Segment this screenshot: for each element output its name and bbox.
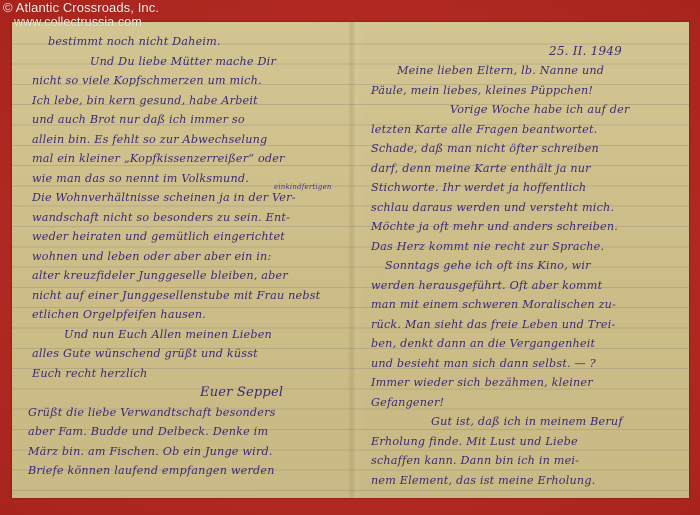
letter-line: wandschaft nicht so besonders zu sein. E… <box>32 211 290 225</box>
letter-line: wohnen und leben oder aber aber ein in: <box>32 250 271 264</box>
letter-line: wie man das so nennt im Volksmund. <box>32 172 249 186</box>
letter-left-page: bestimmt noch nicht Daheim. Und Du liebe… <box>12 22 352 498</box>
letter-line: Die Wohnverhältnisse scheinen ja in der … <box>32 191 296 205</box>
letter-line: Schade, daß man nicht öfter schreiben <box>371 142 599 156</box>
letter-signature: Euer Seppel <box>200 386 283 400</box>
letter-line: Und nun Euch Allen meinen Lieben <box>64 328 272 342</box>
letter-line: und besieht man sich dann selbst. — ? <box>371 357 596 371</box>
letter-line: Euch recht herzlich <box>32 367 147 381</box>
letter-line: mal ein kleiner „Kopfkissenzerreißer“ od… <box>32 152 285 166</box>
letter-line: darf, denn meine Karte enthält ja nur <box>371 162 591 176</box>
letter-line: Grüßt die liebe Verwandtschaft besonders <box>28 406 276 420</box>
letter-line: Das Herz kommt nie recht zur Sprache. <box>371 240 604 254</box>
watermark-url: www.collectrussia.com <box>3 15 159 29</box>
letter-line: Immer wieder sich bezähmen, kleiner <box>371 376 593 390</box>
watermark: © Atlantic Crossroads, Inc. www.collectr… <box>3 1 159 29</box>
letter-line: schaffen kann. Dann bin ich in mei- <box>371 454 579 468</box>
letter-line: schlau daraus werden und versteht mich. <box>371 201 614 215</box>
letter-line: aber Fam. Budde und Delbeck. Denke im <box>28 425 268 439</box>
letter-line: nem Element, das ist meine Erholung. <box>371 474 595 488</box>
letter-line: Stichworte. Ihr werdet ja hoffentlich <box>371 181 586 195</box>
letter-line: März bin. am Fischen. Ob ein Junge wird. <box>28 445 273 459</box>
letter-line: etlichen Orgelpfeifen hausen. <box>32 308 206 322</box>
letter-right-page: 25. II. 1949 Meine lieben Eltern, lb. Na… <box>355 22 689 498</box>
letter-line: Erholung finde. Mit Lust und Liebe <box>371 435 578 449</box>
letter-line: und auch Brot nur daß ich immer so <box>32 113 245 127</box>
letter-line: letzten Karte alle Fragen beantwortet. <box>371 123 597 137</box>
letter-line: rück. Man sieht das freie Leben und Trei… <box>371 318 616 332</box>
letter-paper: bestimmt noch nicht Daheim. Und Du liebe… <box>12 22 689 498</box>
letter-line: Vorige Woche habe ich auf der <box>450 103 630 117</box>
copyright-text: © Atlantic Crossroads, Inc. <box>3 0 159 15</box>
letter-salutation: Meine lieben Eltern, lb. Nanne und <box>397 64 604 78</box>
letter-salutation: Päule, mein liebes, kleines Püppchen! <box>371 84 593 98</box>
letter-line: allein bin. Es fehlt so zur Abwechselung <box>32 133 267 147</box>
letter-line: alter kreuzfideler Junggeselle bleiben, … <box>32 269 288 283</box>
letter-line: alles Gute wünschend grüßt und küsst <box>32 347 258 361</box>
letter-line: bestimmt noch nicht Daheim. <box>48 35 221 49</box>
letter-line: Sonntags gehe ich oft ins Kino, wir <box>385 259 591 273</box>
letter-line: Gefangener! <box>371 396 444 410</box>
letter-line: weder heiraten und gemütlich eingerichte… <box>32 230 285 244</box>
letter-line: man mit einem schweren Moralischen zu- <box>371 298 616 312</box>
letter-line: werden herausgeführt. Oft aber kommt <box>371 279 602 293</box>
letter-line: Briefe können laufend empfangen werden <box>28 464 275 478</box>
letter-line: ben, denkt dann an die Vergangenheit <box>371 337 595 351</box>
letter-line: nicht so viele Kopfschmerzen um mich. <box>32 74 262 88</box>
letter-line: Möchte ja oft mehr und anders schreiben. <box>371 220 618 234</box>
letter-line: Und Du liebe Mütter mache Dir <box>90 55 276 69</box>
letter-line: nicht auf einer Junggesellenstube mit Fr… <box>32 289 320 303</box>
letter-date: 25. II. 1949 <box>549 44 622 58</box>
letter-line: Gut ist, daß ich in meinem Beruf <box>431 415 623 429</box>
letter-line: Ich lebe, bin kern gesund, habe Arbeit <box>32 94 258 108</box>
